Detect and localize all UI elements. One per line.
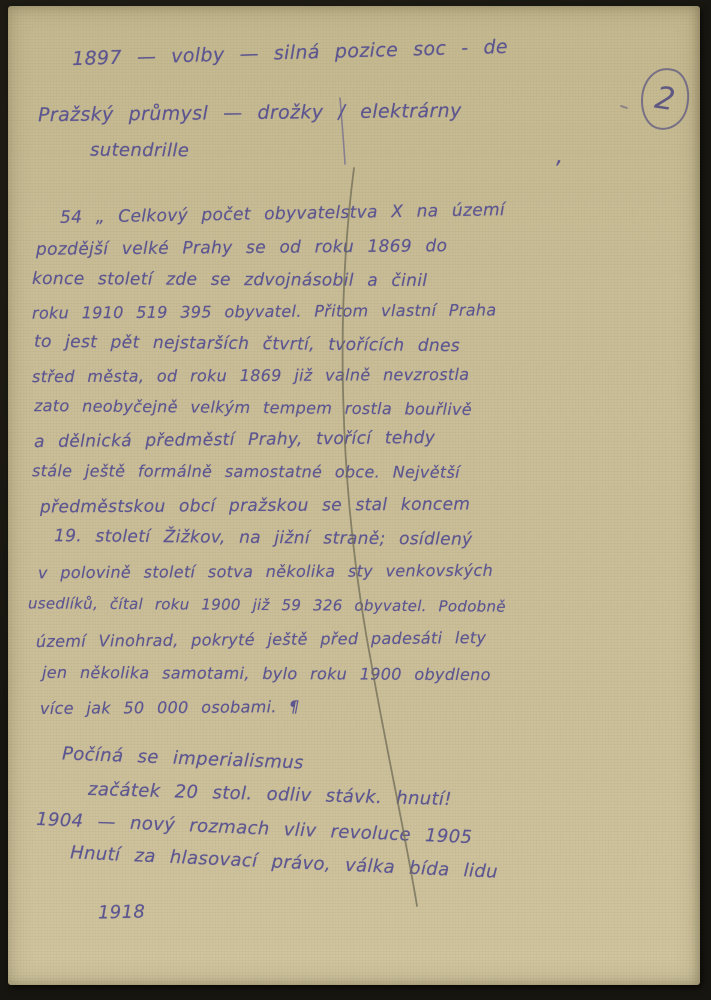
handwriting-line: 1918 [98, 902, 146, 924]
handwriting-line: 1897 — volby — silná pozice soc - de [72, 36, 508, 70]
handwriting-line: území Vinohrad, pokryté ještě před pades… [36, 628, 486, 651]
handwriting-line: jen několika samotami, bylo roku 1900 ob… [42, 663, 491, 684]
handwriting-line: předměstskou obcí pražskou se stal konce… [40, 494, 470, 517]
handwriting-line: Počíná se imperialismus [62, 743, 304, 773]
notebook-page: 2 1897 — volby — silná pozice soc - de P… [8, 6, 700, 985]
handwriting-line: to jest pět nejstarších čtvrtí, tvořícíc… [34, 332, 460, 356]
handwriting-line: roku 1910 519 395 obyvatel. Přitom vlast… [32, 300, 497, 322]
handwriting-line: , [556, 144, 563, 169]
handwriting-line: střed města, od roku 1869 již valně nevz… [32, 365, 469, 386]
pencil-mark [620, 105, 628, 109]
handwriting-line: konce století zde se zdvojnásobil a čini… [32, 269, 427, 291]
handwriting-line: 19. století Žižkov, na jižní straně; osí… [54, 526, 473, 550]
page-number: 2 [652, 80, 677, 119]
handwriting-line: Pražský průmysl — drožky / elektrárny [38, 100, 462, 126]
handwriting-line: pozdější velké Prahy se od roku 1869 do [36, 236, 447, 260]
handwriting-line: stále ještě formálně samostatné obce. Ne… [32, 461, 460, 481]
handwriting-line: začátek 20 stol. odliv stávk. hnutí! [88, 779, 452, 810]
handwriting-line: usedlíků, čítal roku 1900 již 59 326 oby… [28, 594, 506, 615]
handwriting-line: 54 „ Celkový počet obyvatelstva X na úze… [60, 200, 505, 228]
handwriting-line: více jak 50 000 osobami. ¶ [40, 697, 300, 718]
handwriting-line: a dělnická předměstí Prahy, tvořící tehd… [34, 428, 435, 452]
handwriting-line: Hnutí za hlasovací právo, válka bída lid… [70, 842, 499, 882]
page-number-badge: 2 [636, 65, 693, 134]
handwriting-line: sutendrille [90, 140, 189, 162]
handwriting-line: zato neobyčejně velkým tempem rostla bou… [34, 396, 472, 419]
handwriting-line: 1904 — nový rozmach vliv revoluce 1905 [36, 809, 473, 848]
handwriting-line: v polovině století sotva několika sty ve… [38, 561, 493, 582]
